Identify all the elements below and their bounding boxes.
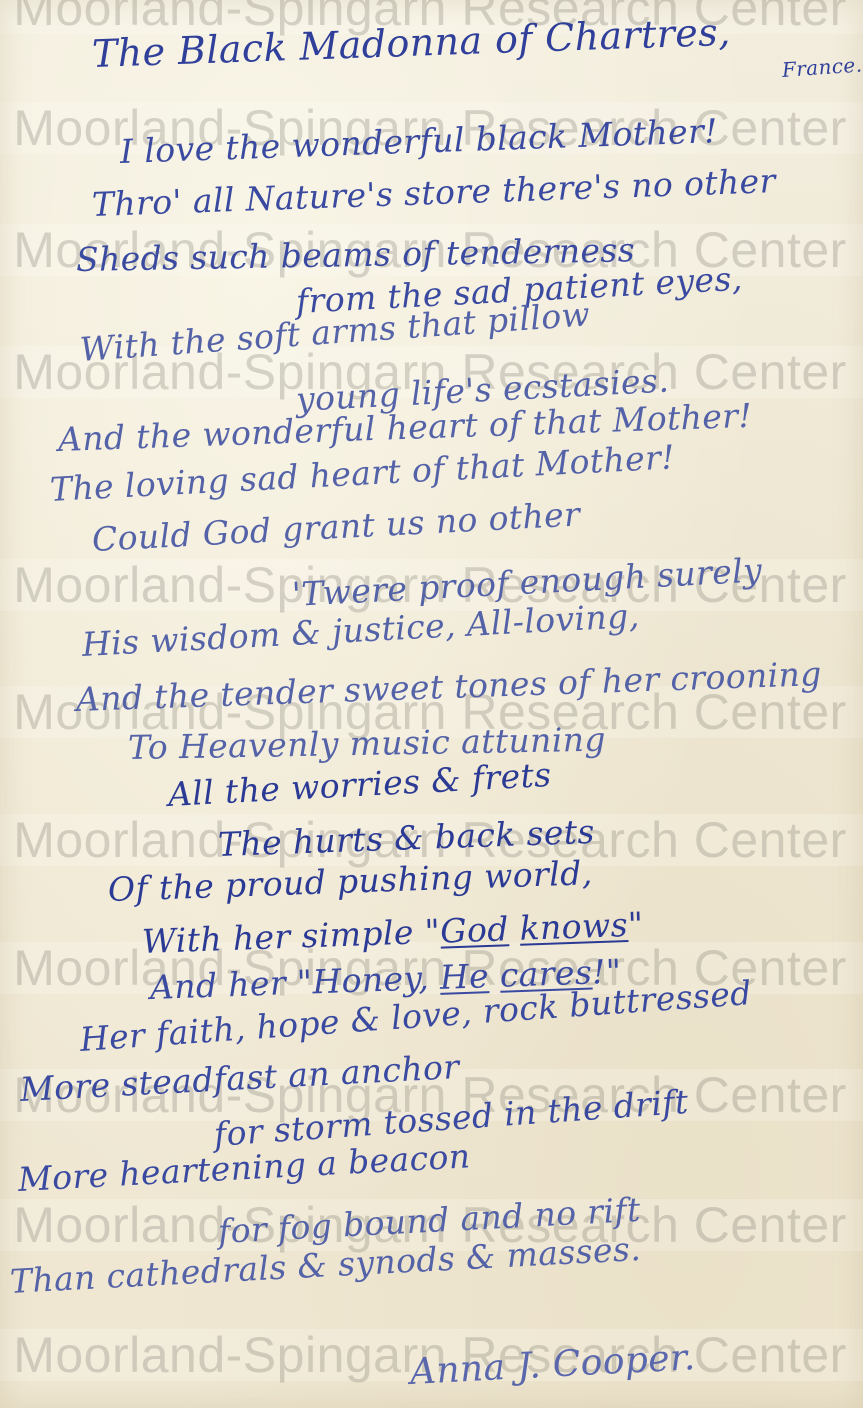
underlined-knows: knows — [519, 905, 629, 948]
manuscript-page: Moorland-Spingarn Research Center Moorla… — [0, 0, 863, 1408]
underlined-he: He — [439, 956, 489, 997]
quote-suffix: " — [627, 905, 644, 945]
poem-line-2: Thro' all Nature's store there's no othe… — [91, 161, 776, 224]
poem-line-9: Could God grant us no other — [91, 494, 581, 559]
poem-title-location: France. — [781, 52, 863, 82]
underlined-god: God — [440, 909, 510, 950]
